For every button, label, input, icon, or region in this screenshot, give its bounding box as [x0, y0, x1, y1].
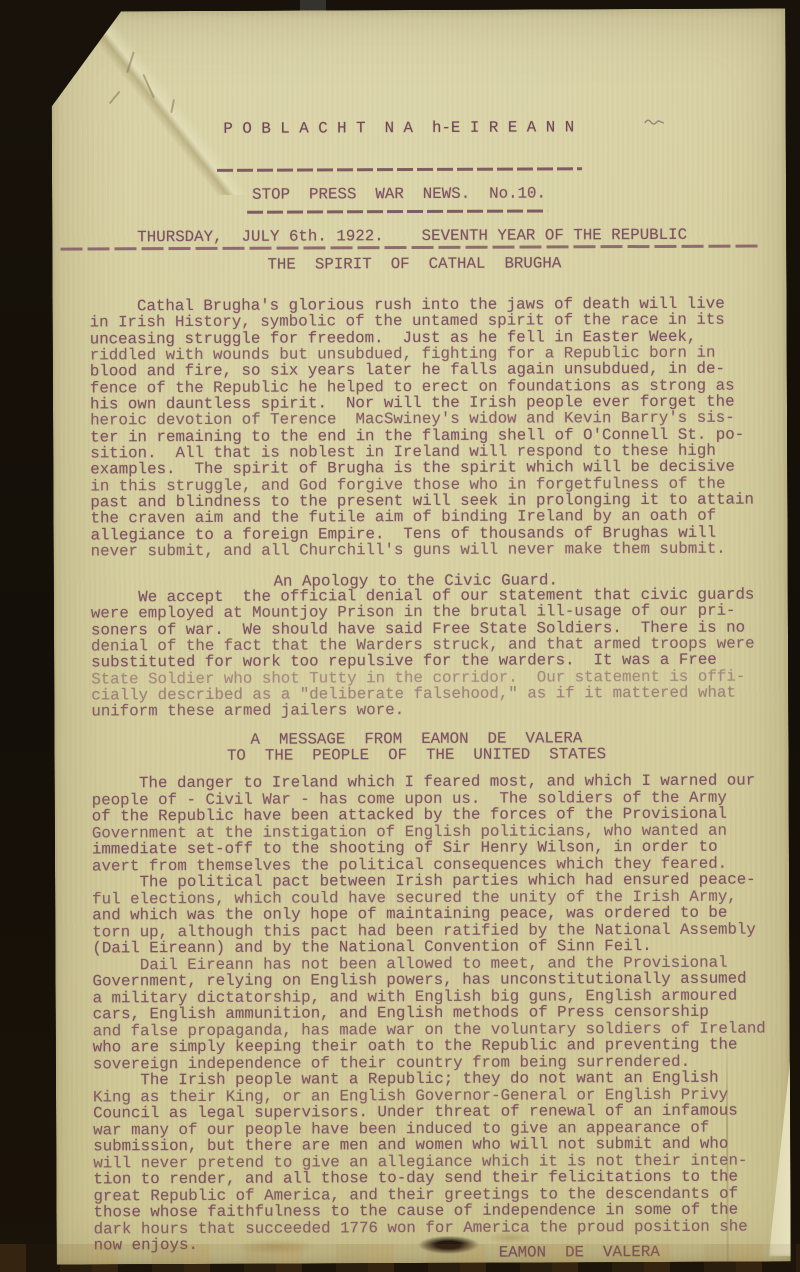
article-de-valera-message: A MESSAGE FROM EAMON DE VALERA TO THE PE… — [51, 8, 785, 11]
text-line: dark hours that succeeded 1776 won for A… — [94, 1218, 767, 1237]
text-line: were employed at Mountjoy Prison in the … — [91, 603, 755, 622]
text-line: Government at the instigation of English… — [92, 822, 765, 841]
article2-body: We accept the official denial of our sta… — [91, 587, 755, 721]
signature: EAMON DE VALERA — [499, 1243, 660, 1262]
divider-rule-middle — [247, 209, 547, 213]
article-apology-civic-guard: An Apology to the Civic Guard. We accept… — [51, 8, 785, 11]
text-line: ful elections, which could have secured … — [92, 888, 765, 907]
background-object — [300, 0, 326, 12]
divider-rule-top — [217, 167, 582, 172]
text-line: riddled with wounds but unsubdued, fight… — [90, 345, 754, 364]
text-line: people of - Civil War - has come upon us… — [92, 789, 765, 808]
pen-mark-icon — [644, 117, 666, 127]
text-line: Dail Eireann has not been allowed to mee… — [92, 954, 765, 973]
article3-body: The danger to Ireland which I feared mos… — [92, 773, 767, 1254]
ink-smudge — [419, 1236, 479, 1254]
text-line: sition. All that is noblest in Ireland w… — [90, 443, 754, 462]
paper-crack — [126, 51, 135, 73]
text-line: will never pretend to give an allegiance… — [93, 1152, 766, 1171]
paper-crack — [170, 99, 174, 113]
article1-body: Cathal Brugha's glorious rush into the j… — [90, 296, 755, 560]
text-line: never submit, and all Churchill's guns w… — [91, 541, 755, 560]
article1-heading: THE SPIRIT OF CATHAL BRUGHA — [89, 254, 739, 275]
text-line: the craven aim and the futile aim of bin… — [90, 508, 754, 527]
text-line: uniform these armed jailers wore. — [91, 701, 755, 720]
text-line: a military dictatorship, and with Englis… — [93, 987, 766, 1006]
text-line: war many of our people have been induced… — [93, 1119, 766, 1138]
article3-heading-line2: TO THE PEOPLE OF THE UNITED STATES — [91, 745, 741, 766]
paper-crack — [142, 74, 154, 98]
masthead-title: P O B L A C H T N A h-E I R E A N N — [79, 118, 719, 139]
edition-title: STOP PRESS WAR NEWS. No.10. — [79, 184, 719, 205]
text-line: avert from themselves the political cons… — [92, 855, 765, 874]
text-line: and false propaganda, has made war on th… — [93, 1020, 766, 1039]
text-line: torn up, although this pact had been rat… — [92, 921, 765, 940]
text-line: denial of the fact that the Warders stru… — [91, 636, 755, 655]
paper-stain — [237, 1238, 317, 1254]
text-line: sovereign independence of their country … — [93, 1053, 766, 1072]
paper-crease — [45, 5, 276, 196]
photo-background: P O B L A C H T N A h-E I R E A N N STOP… — [0, 0, 800, 1272]
document-page: P O B L A C H T N A h-E I R E A N N STOP… — [51, 8, 790, 1264]
text-line: in Irish History, symbolic of the untame… — [90, 312, 754, 331]
paper-crack — [109, 91, 120, 104]
text-line: fence of the Republic he helped to erect… — [90, 377, 754, 396]
text-line: heroic devotion of Terence MacSwiney's w… — [90, 410, 754, 429]
date-line: THURSDAY, JULY 6th. 1922. SEVENTH YEAR O… — [137, 226, 687, 246]
text-line: King as their King, or an English Govern… — [93, 1086, 766, 1105]
corner-fold — [766, 1054, 792, 1256]
text-line: great Republic of America, and their gre… — [93, 1185, 766, 1204]
text-line: in this struggle, and God forgive those … — [90, 475, 754, 494]
article-spirit-of-cathal-brugha: THE SPIRIT OF CATHAL BRUGHA Cathal Brugh… — [51, 8, 785, 11]
